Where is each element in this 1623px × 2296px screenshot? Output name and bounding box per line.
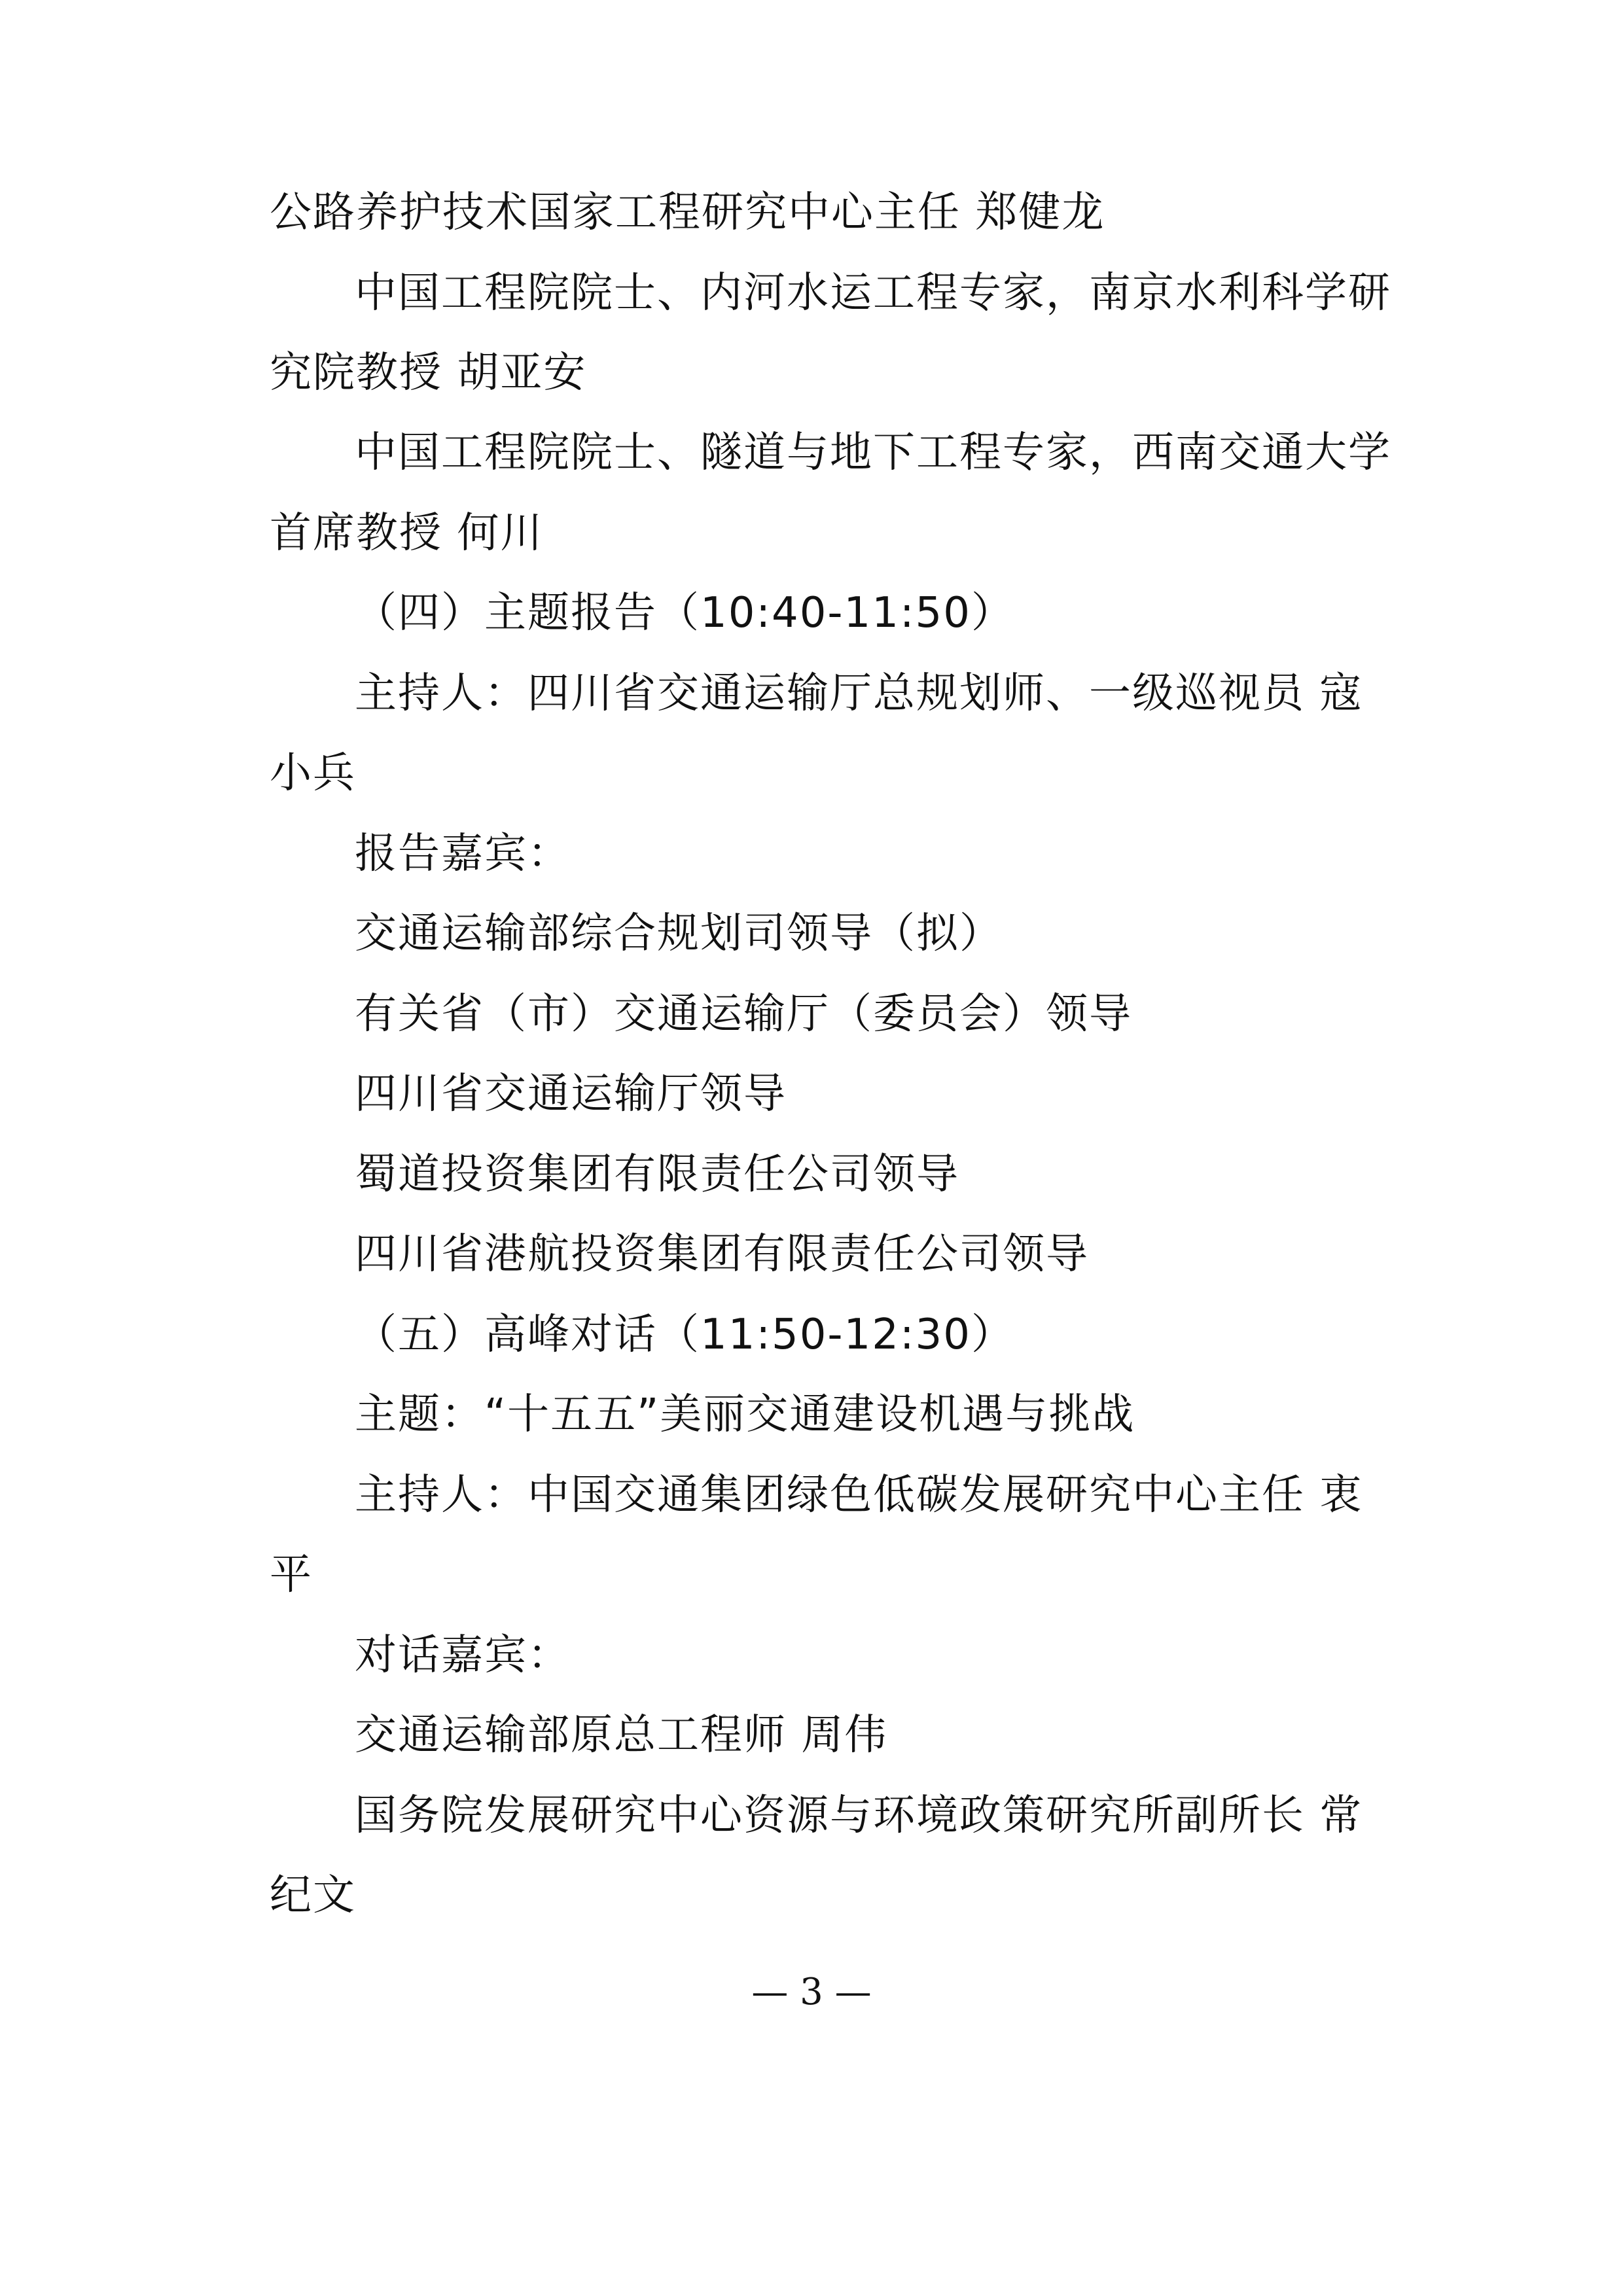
- list-item-dialogue-guest-part2: 纪文: [270, 1869, 356, 1922]
- text-line-dialogue-theme: 主题：“十五五”美丽交通建设机遇与挑战: [355, 1388, 1135, 1441]
- text-line-speaker-he-chuan-part2: 首席教授 何川: [270, 507, 543, 559]
- text-line-speaker-zheng-jianlong: 公路养护技术国家工程研究中心主任 郑健龙: [270, 186, 1105, 239]
- list-item-report-guest: 四川省交通运输厅领导: [355, 1068, 787, 1120]
- text-line-dialogue-guests-label: 对话嘉宾：: [355, 1629, 571, 1682]
- text-line-speaker-hu-yaan-part1: 中国工程院院士、内河水运工程专家，南京水利科学研: [355, 267, 1391, 319]
- text-line-report-guests-label: 报告嘉宾：: [355, 828, 571, 880]
- text-line-host-kou-part1: 主持人：四川省交通运输厅总规划师、一级巡视员 寇: [355, 667, 1363, 720]
- section-heading-keynote-reports: （四）主题报告（10:40-11:50）: [355, 587, 1014, 639]
- list-item-report-guest: 蜀道投资集团有限责任公司领导: [355, 1148, 959, 1201]
- section-heading-summit-dialogue: （五）高峰对话（11:50-12:30）: [355, 1309, 1014, 1361]
- list-item-report-guest: 四川省港航投资集团有限责任公司领导: [355, 1228, 1089, 1280]
- list-item-dialogue-guest-part1: 国务院发展研究中心资源与环境政策研究所副所长 常: [355, 1790, 1363, 1842]
- text-line-host-zhong-part2: 平: [270, 1549, 313, 1601]
- text-line-host-zhong-part1: 主持人：中国交通集团绿色低碳发展研究中心主任 衷: [355, 1469, 1363, 1521]
- list-item-dialogue-guest: 交通运输部原总工程师 周伟: [355, 1709, 887, 1761]
- page-number: — 3 —: [0, 1969, 1623, 2015]
- document-page: 公路养护技术国家工程研究中心主任 郑健龙 中国工程院院士、内河水运工程专家，南京…: [0, 0, 1623, 2296]
- text-line-host-kou-part2: 小兵: [270, 747, 356, 800]
- list-item-report-guest: 有关省（市）交通运输厅（委员会）领导: [355, 988, 1132, 1040]
- text-line-speaker-hu-yaan-part2: 究院教授 胡亚安: [270, 347, 586, 399]
- list-item-report-guest: 交通运输部综合规划司领导（拟）: [355, 908, 1003, 960]
- text-line-speaker-he-chuan-part1: 中国工程院院士、隧道与地下工程专家，西南交通大学: [355, 427, 1391, 479]
